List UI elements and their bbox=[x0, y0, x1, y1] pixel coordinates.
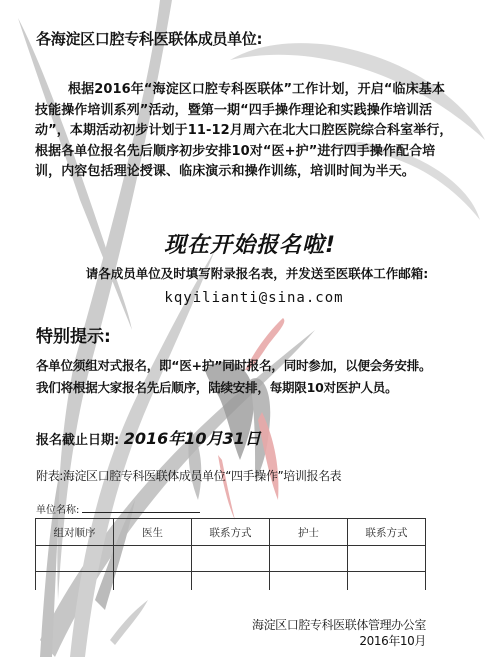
document-page: 各海淀区口腔专科医联体成员单位: 根据2016年“海淀区口腔专科医联体”工作计划… bbox=[0, 0, 500, 657]
table-cell[interactable] bbox=[36, 546, 114, 572]
notice-line: 我们将根据大家报名先后顺序，陆续安排，每期限10对医护人员。 bbox=[36, 378, 397, 396]
table-row bbox=[36, 572, 426, 591]
unit-name-label: 单位名称: bbox=[36, 505, 79, 516]
body-line: 根据各单位报名先后顺序初步安排10对“医+护”进行四手操作配合培 bbox=[35, 142, 465, 163]
table-cell[interactable] bbox=[192, 546, 270, 572]
deadline-date: 2016年10月31日 bbox=[124, 429, 261, 448]
signature-date: 2016年10月 bbox=[252, 633, 426, 649]
table-cell[interactable] bbox=[192, 572, 270, 591]
appendix-title: 附表:海淀区口腔专科医联体成员单位“四手操作”培训报名表 bbox=[36, 467, 341, 484]
table-cell[interactable] bbox=[36, 572, 114, 591]
registration-headline: 现在开始报名啦! bbox=[0, 228, 500, 259]
body-line: 训，内容包括理论授课、临床演示和操作训练，培训时间为半天。 bbox=[35, 162, 465, 183]
notice-title: 特别提示: bbox=[36, 322, 111, 347]
table-cell[interactable] bbox=[348, 546, 426, 572]
deadline: 报名截止日期: 2016年10月31日 bbox=[36, 426, 261, 449]
table-cell[interactable] bbox=[270, 546, 348, 572]
column-header: 医生 bbox=[114, 519, 192, 546]
table-row bbox=[36, 546, 426, 572]
table-cell[interactable] bbox=[270, 572, 348, 591]
body-paragraph: 根据2016年“海淀区口腔专科医联体”工作计划，开启“临床基本 技能操作培训系列… bbox=[35, 80, 465, 183]
request-text: 请各成员单位及时填写附录报名表，并发送至医联体工作邮箱: bbox=[0, 264, 500, 282]
column-header: 护士 bbox=[270, 519, 348, 546]
table-cell[interactable] bbox=[114, 546, 192, 572]
body-line: 技能操作培训系列”活动，暨第一期“四手操作理论和实践操作培训活 bbox=[35, 101, 465, 122]
column-header: 联系方式 bbox=[192, 519, 270, 546]
body-line: 动”，本期活动初步计划于11-12月周六在北大口腔医院综合科室举行， bbox=[35, 121, 465, 142]
contact-email[interactable]: kqyilianti@sina.com bbox=[0, 290, 500, 306]
body-line: 根据2016年“海淀区口腔专科医联体”工作计划，开启“临床基本 bbox=[35, 80, 465, 101]
table-cell[interactable] bbox=[348, 572, 426, 591]
table-header-row: 组对顺序 医生 联系方式 护士 联系方式 bbox=[36, 519, 426, 546]
column-header: 组对顺序 bbox=[36, 519, 114, 546]
notice-line: 各单位须组对式报名，即“医+护”同时报名，同时参加，以便会务安排。 bbox=[36, 356, 431, 374]
registration-table: 组对顺序 医生 联系方式 护士 联系方式 bbox=[35, 518, 426, 590]
column-header: 联系方式 bbox=[348, 519, 426, 546]
deadline-label: 报名截止日期: bbox=[36, 433, 119, 448]
table-cell[interactable] bbox=[114, 572, 192, 591]
signature-block: 海淀区口腔专科医联体管理办公室 2016年10月 bbox=[252, 617, 426, 649]
unit-name-field: 单位名称: bbox=[36, 501, 200, 516]
signature-org: 海淀区口腔专科医联体管理办公室 bbox=[252, 617, 426, 633]
salutation: 各海淀区口腔专科医联体成员单位: bbox=[36, 28, 262, 49]
unit-name-blank[interactable] bbox=[82, 502, 200, 513]
